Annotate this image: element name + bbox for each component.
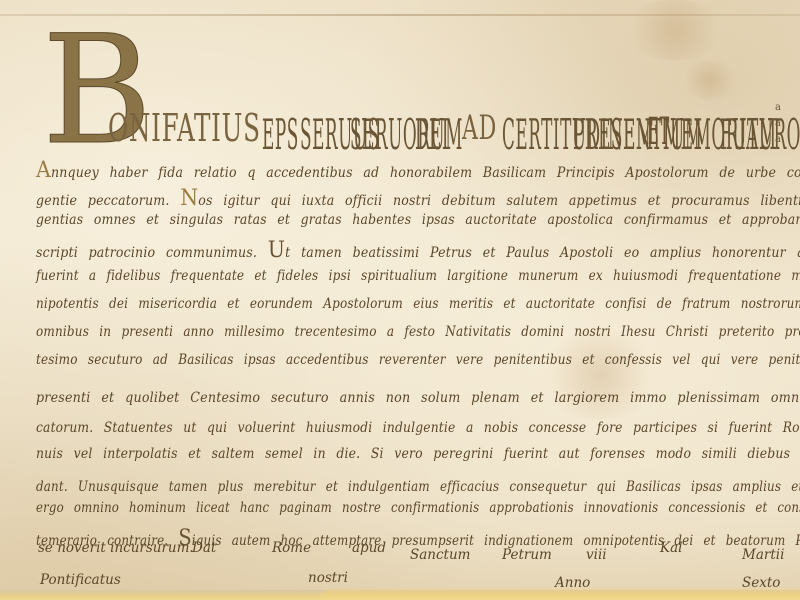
- dating-word: Sanctum: [410, 547, 470, 563]
- margin-mark: a: [775, 132, 795, 148]
- bull-title: B ONIFATIUS EPS SERUUS SERUORUM DEI AD C…: [30, 10, 790, 160]
- text-line: nuis vel interpolatis et saltem semel in…: [36, 446, 800, 462]
- text-line: Annquey haber fida relatio q accedentibu…: [36, 158, 800, 183]
- dating-word: Petrum: [502, 547, 552, 563]
- decorated-capital: U: [268, 238, 285, 263]
- title-word: EPS: [262, 110, 299, 160]
- margin-mark: a: [775, 116, 795, 132]
- title-word: AD: [462, 108, 497, 148]
- margin-marks: a a a: [775, 100, 795, 150]
- dating-word: Kal: [660, 540, 682, 556]
- line-text: gentie peccatorum.: [36, 193, 169, 209]
- text-line: gentias omnes et singulas ratas et grata…: [36, 212, 800, 228]
- title-word: ONIFATIUS: [108, 106, 261, 150]
- text-line: presenti et quolibet Centesimo secuturo …: [36, 390, 800, 406]
- line-text: t tamen beatissimi Petrus et Paulus Apos…: [285, 245, 800, 261]
- text-line: fuerint a fidelibus frequentate et fidel…: [36, 268, 800, 284]
- title-word: DEI: [415, 110, 449, 160]
- text-line: scripti patrocinio communimus. Ut tamen …: [36, 238, 800, 263]
- dating-word: Rome: [272, 540, 311, 556]
- text-line: nipotentis dei misericordia et eorundem …: [36, 296, 800, 312]
- dating-word: Pontificatus: [40, 572, 121, 588]
- line-text: scripti patrocinio communimus.: [36, 245, 257, 261]
- dating-word: Dat: [192, 540, 216, 556]
- parchment-bottom-fold: [320, 586, 800, 600]
- decorated-capital: A: [36, 158, 51, 183]
- text-line: catorum. Statuentes ut qui voluerint hui…: [36, 420, 800, 436]
- dating-word: se noverit incursurum.: [38, 540, 194, 556]
- line-text: nnquey haber fida relatio q accedentibus…: [51, 165, 800, 181]
- text-line: gentie peccatorum. Nos igitur qui iuxta …: [36, 186, 800, 211]
- dating-word: viii: [586, 547, 607, 563]
- parchment-stain: [540, 330, 660, 420]
- margin-mark: a: [775, 100, 795, 116]
- text-line: ergo omnino hominum liceat hanc paginam …: [36, 500, 800, 516]
- decorated-capital: N: [180, 186, 198, 211]
- dating-word: nostri: [308, 570, 348, 586]
- text-line: dant. Unusquisque tamen plus merebitur e…: [36, 472, 800, 497]
- dating-word: apud: [352, 540, 386, 556]
- line-text: os igitur qui iuxta officii nostri debit…: [198, 193, 800, 209]
- text-line: tesimo secuturo ad Basilicas ipsas acced…: [36, 352, 800, 368]
- dating-word: Martii: [742, 547, 784, 563]
- text-line: omnibus in presenti anno millesimo trece…: [36, 324, 800, 340]
- line-text: dant. Unusquisque tamen plus merebitur e…: [36, 479, 800, 495]
